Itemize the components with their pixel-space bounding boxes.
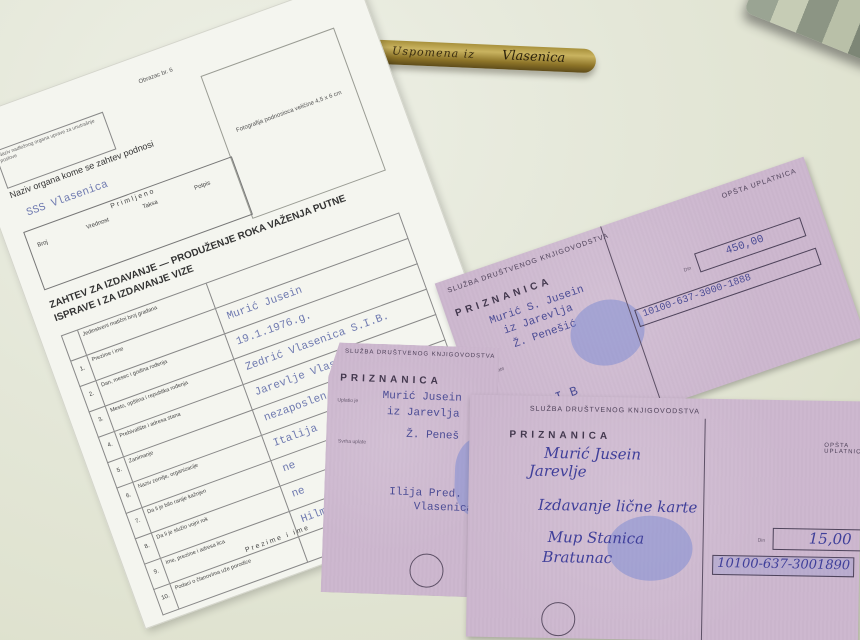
col-vrednost: Vrednost <box>86 217 110 231</box>
account-value: 10100-637-3001890 <box>717 556 850 573</box>
receipt-3: SLUŽBA DRUŠTVENOG KNJIGOVODSTVA OPŠTA UP… <box>466 395 860 640</box>
form-number: Obrazac br. 6 <box>138 67 174 85</box>
round-stamp <box>607 515 693 581</box>
pen-inscription: Uspomena iz <box>392 44 475 61</box>
receipt-org: SLUŽBA DRUŠTVENOG KNJIGOVODSTVA <box>530 406 700 416</box>
receipt-title: PRIZNANICA <box>509 429 611 442</box>
recipient-line-1: Ilija Pred. <box>389 486 462 501</box>
photo-label: Fotografija podnosioca veličine 4,5 x 6 … <box>232 89 347 136</box>
stamp-circle <box>541 602 576 637</box>
amount-value: 450,00 <box>724 233 765 257</box>
amount-label: Din <box>758 538 766 544</box>
receipt-right-header: OPŠTA UPLATNICA <box>721 168 798 200</box>
payer-line-3: Ž. Peneš <box>406 429 459 443</box>
purpose-label: Svrha uplate <box>338 438 366 445</box>
recipient-line-2: Vlasenica <box>413 501 473 515</box>
payer-line-2: Jarevlje <box>529 462 587 481</box>
payer-label: Uplatio je <box>337 397 358 404</box>
col-taksa: Taksa <box>142 200 159 211</box>
payer-line-1: Murić Jusein <box>544 444 641 464</box>
col-broj: Broj <box>37 240 49 249</box>
recipient-line-2: Bratunac <box>542 548 612 567</box>
account-value: 10100-637-3000-1888 <box>641 273 752 321</box>
receipt-right-header: OPŠTA UPLATNICA <box>824 443 860 456</box>
amount-box: 15,00 <box>772 528 860 552</box>
amount-label: Din <box>683 265 692 273</box>
purpose-handwritten: Izdavanje lične karte <box>538 496 697 517</box>
stamp-circle <box>409 553 444 588</box>
receipt-title: PRIZNANICA <box>340 373 442 388</box>
pen-brand: Vlasenica <box>502 48 566 66</box>
col-potpis: Potpis <box>194 180 212 191</box>
recipient-line-1: Mup Stanica <box>548 528 645 548</box>
receipt-org: SLUŽBA DRUŠTVENOG KNJIGOVODSTVA <box>345 349 495 360</box>
payer-line-1: Murić Jusein <box>382 390 462 405</box>
round-stamp <box>561 290 653 376</box>
photo-scene: Uspomena iz Vlasenica Obrazac br. 6 Nazi… <box>0 0 860 640</box>
receipt-divider <box>701 419 706 640</box>
account-box: 10100-637-3001890 <box>712 555 854 577</box>
amount-value: 15,00 <box>809 530 852 549</box>
cloth-corner <box>744 0 860 64</box>
payer-line-2: iz Jarevlja <box>387 406 460 421</box>
